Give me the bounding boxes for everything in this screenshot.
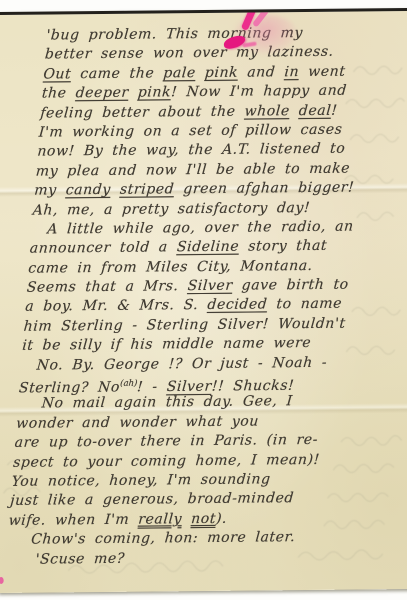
letter-paper: 'bug problem. This morning mybetter sens… bbox=[0, 8, 407, 593]
pink-dot bbox=[0, 577, 4, 584]
letter-line: him Sterling - Sterling Silver! Wouldn't bbox=[23, 314, 394, 337]
letter-body: 'bug problem. This morning mybetter sens… bbox=[5, 23, 407, 570]
scanned-letter: 'bug problem. This morning mybetter sens… bbox=[0, 0, 407, 600]
letter-line: 'Scuse me? bbox=[5, 547, 376, 570]
letter-line: my candy striped green afghan bigger! bbox=[34, 178, 405, 201]
letter-line: A little while ago, over the radio, an bbox=[31, 217, 402, 240]
